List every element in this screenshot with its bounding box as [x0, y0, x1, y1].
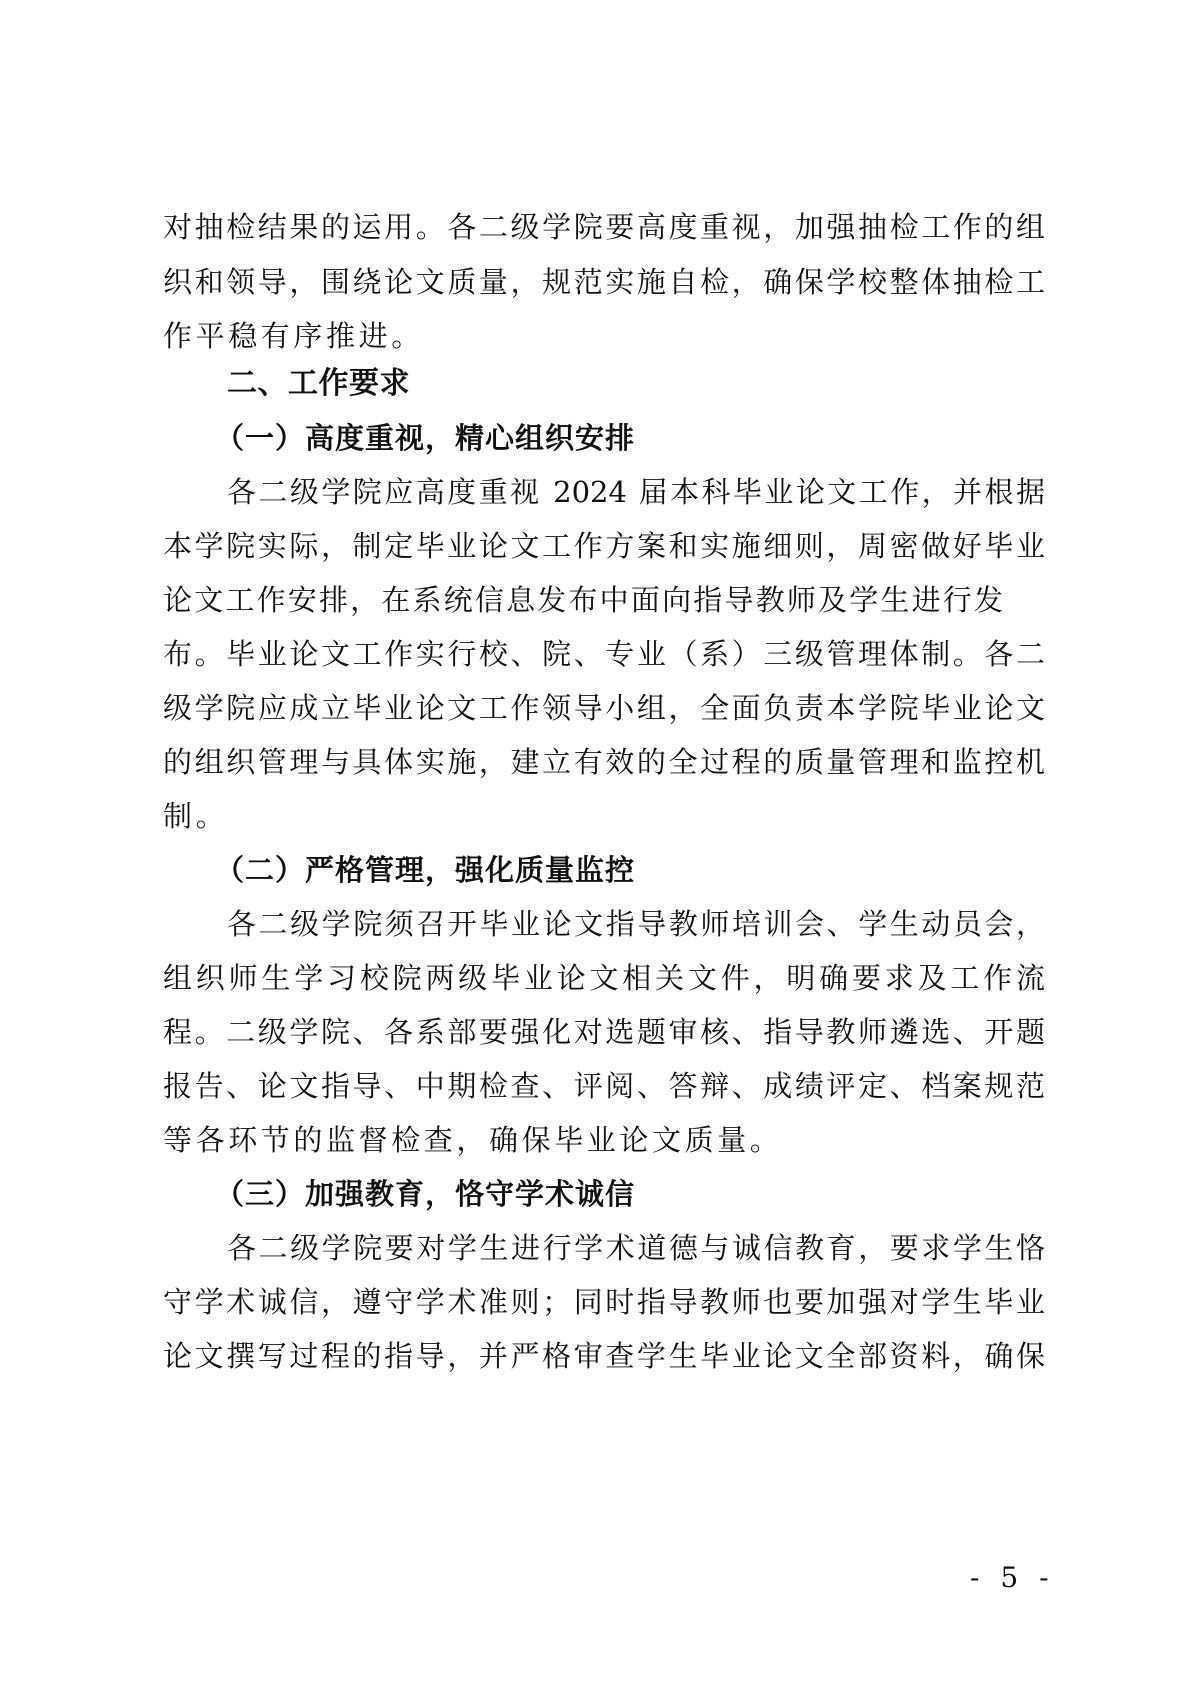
paragraph-line: 组织师生学习校院两级毕业论文相关文件，明确要求及工作流	[163, 958, 1045, 998]
document-page: 对抽检结果的运用。各二级学院要高度重视，加强抽检工作的组 织和领导，围绕论文质量…	[0, 0, 1191, 1684]
paragraph-line: 的组织管理与具体实施，建立有效的全过程的质量管理和监控机	[163, 742, 1045, 782]
paragraph-line: 各二级学院须召开毕业论文指导教师培训会、学生动员会，	[227, 904, 1045, 944]
paragraph-line: 等各环节的监督检查，确保毕业论文质量。	[163, 1120, 1045, 1160]
paragraph-line: 本学院实际，制定毕业论文工作方案和实施细则，周密做好毕业	[163, 526, 1045, 566]
subsection-heading: （一）高度重视，精心组织安排	[215, 418, 635, 458]
paragraph-line: 制。	[163, 796, 1045, 836]
paragraph-line: 程。二级学院、各系部要强化对选题审核、指导教师遴选、开题	[163, 1012, 1045, 1052]
paragraph-line: 织和领导，围绕论文质量，规范实施自检，确保学校整体抽检工	[163, 262, 1045, 302]
paragraph-line: 各二级学院应高度重视 2024 届本科毕业论文工作，并根据	[227, 472, 1045, 512]
paragraph-line: 论文工作安排，在系统信息发布中面向指导教师及学生进行发	[163, 580, 1003, 620]
paragraph-line: 守学术诚信，遵守学术准则；同时指导教师也要加强对学生毕业	[163, 1282, 1045, 1322]
paragraph-line: 布。毕业论文工作实行校、院、专业（系）三级管理体制。各二	[163, 634, 1045, 674]
subsection-heading: （二）严格管理，强化质量监控	[215, 850, 635, 890]
paragraph-line: 各二级学院要对学生进行学术道德与诚信教育，要求学生恪	[227, 1228, 1045, 1268]
paragraph-line: 级学院应成立毕业论文工作领导小组，全面负责本学院毕业论文	[163, 688, 1045, 728]
paragraph-line: 报告、论文指导、中期检查、评阅、答辩、成绩评定、档案规范	[163, 1066, 1045, 1106]
section-heading: 二、工作要求	[227, 364, 410, 404]
subsection-heading: （三）加强教育，恪守学术诚信	[215, 1174, 635, 1214]
paragraph-line: 论文撰写过程的指导，并严格审查学生毕业论文全部资料，确保	[163, 1336, 1045, 1376]
paragraph-line: 对抽检结果的运用。各二级学院要高度重视，加强抽检工作的组	[163, 207, 1045, 247]
page-number: - 5 -	[970, 1560, 1055, 1596]
paragraph-line: 作平稳有序推进。	[163, 316, 1045, 356]
